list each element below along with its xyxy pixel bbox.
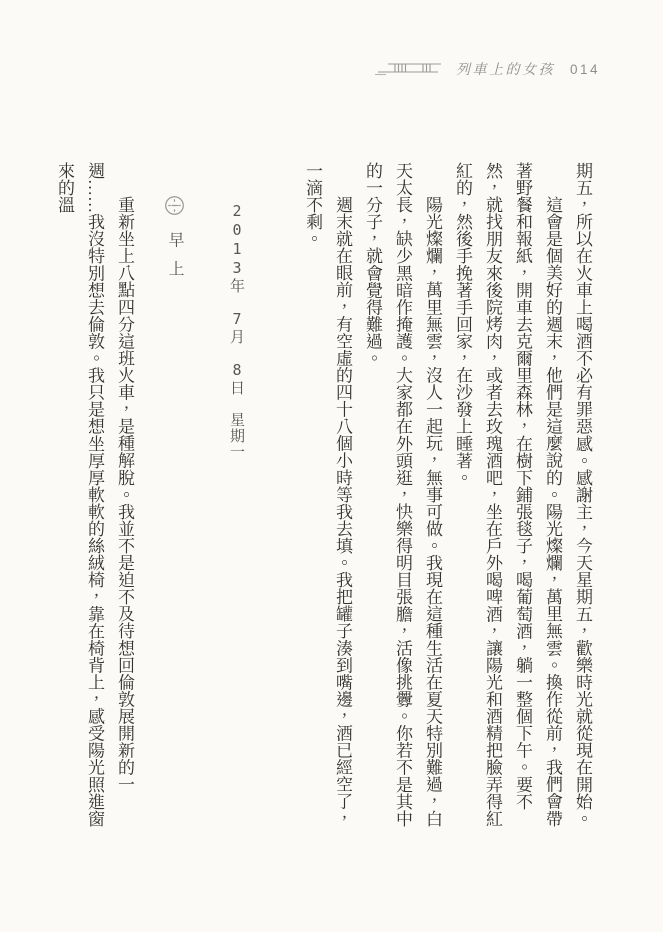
time-of-day-heading: 早上 [159,162,189,843]
paragraph: 期五，所以在火車上喝酒不必有罪惡感。感謝主，今天星期五，歡樂時光就從現在開始。 [567,162,597,843]
paragraph: 陽光燦爛，萬里無雲，沒人一起玩，無事可做。我現在這種生活在夏天特別難過，白天太長… [357,162,447,843]
page-number: 014 [570,62,600,77]
railway-track-icon [375,61,443,77]
paragraph: 這會是個美好的週末，他們是這麼說的。陽光燦爛，萬里無雲。換作從前，我們會帶著野餐… [447,162,567,843]
vertical-text-block: 期五，所以在火車上喝酒不必有罪惡感。感謝主，今天星期五，歡樂時光就從現在開始。 … [49,162,597,843]
book-title: 列車上的女孩 [456,59,555,79]
paragraph: 重新坐上八點四分這班火車，是種解脫。我並不是迫不及待想回倫敦展開新的一週……我沒… [49,162,139,843]
paragraph: 週末就在眼前，有空虛的四十八個小時等我去填。我把罐子湊到嘴邊，酒已經空了，一滴不… [297,162,357,843]
time-of-day-label: 早上 [166,232,183,290]
book-page: 列車上的女孩 014 期五，所以在火車上喝酒不必有罪惡感。感謝主，今天星期五，歡… [0,0,663,932]
clock-icon [166,195,183,232]
running-header: 列車上的女孩 014 [375,59,600,79]
date-heading: 2013年 7月 8日 星期一 [222,162,252,843]
